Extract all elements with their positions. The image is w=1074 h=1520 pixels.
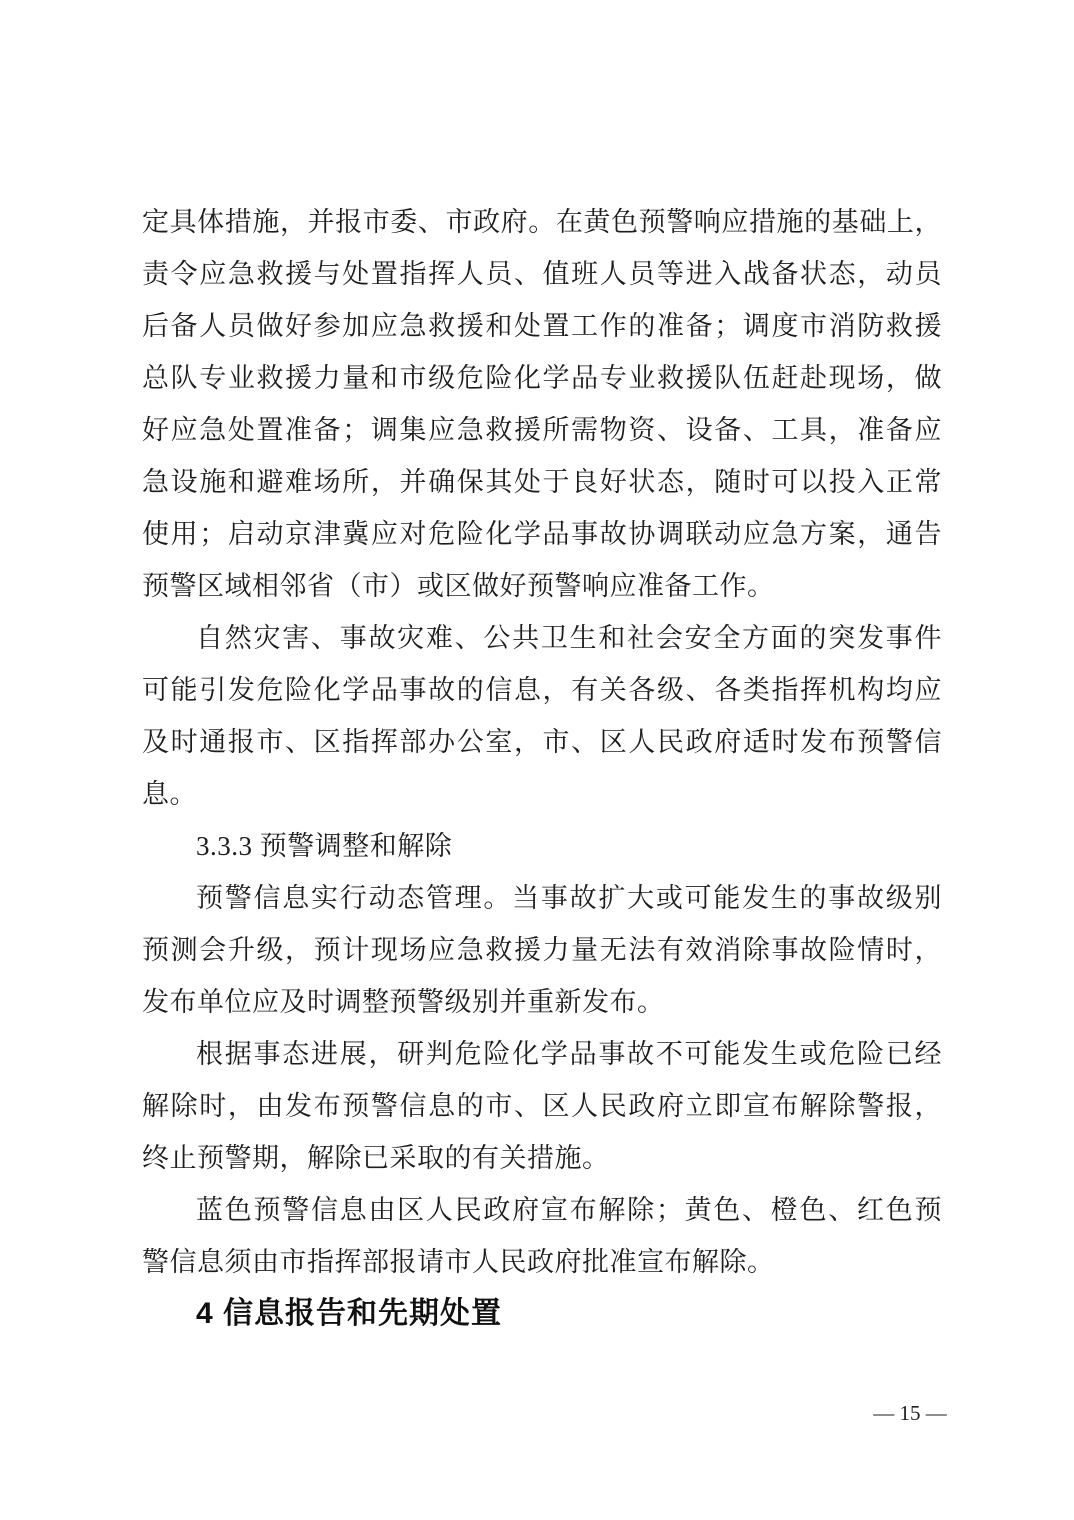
body-line: 预警信息实行动态管理。当事故扩大或可能发生的事故级别 <box>142 872 942 924</box>
body-line: 预测会升级，预计现场应急救援力量无法有效消除事故险情时， <box>142 924 942 976</box>
body-line: 蓝色预警信息由区人民政府宣布解除；黄色、橙色、红色预 <box>142 1184 942 1236</box>
body-line: 解除时，由发布预警信息的市、区人民政府立即宣布解除警报， <box>142 1080 942 1132</box>
paragraph: 自然灾害、事故灾难、公共卫生和社会安全方面的突发事件可能引发危险化学品事故的信息… <box>142 612 942 820</box>
body-line: 可能引发危险化学品事故的信息，有关各级、各类指挥机构均应 <box>142 664 942 716</box>
body-line: 警信息须由市指挥部报请市人民政府批准宣布解除。 <box>142 1236 942 1288</box>
body-line: 终止预警期，解除已采取的有关措施。 <box>142 1132 942 1184</box>
paragraph: 蓝色预警信息由区人民政府宣布解除；黄色、橙色、红色预警信息须由市指挥部报请市人民… <box>142 1184 942 1288</box>
paragraph: 根据事态进展，研判危险化学品事故不可能发生或危险已经解除时，由发布预警信息的市、… <box>142 1028 942 1184</box>
body-line: 自然灾害、事故灾难、公共卫生和社会安全方面的突发事件 <box>142 612 942 664</box>
page-number: — 15 — <box>862 1398 958 1428</box>
body-line: 定具体措施，并报市委、市政府。在黄色预警响应措施的基础上， <box>142 196 942 248</box>
body-line: 急设施和避难场所，并确保其处于良好状态，随时可以投入正常 <box>142 456 942 508</box>
body-line: 及时通报市、区指挥部办公室，市、区人民政府适时发布预警信 <box>142 716 942 768</box>
body-line: 3.3.3 预警调整和解除 <box>142 820 942 872</box>
section-heading: 4 信息报告和先期处置 <box>142 1288 942 1340</box>
body-line: 责令应急救援与处置指挥人员、值班人员等进入战备状态，动员 <box>142 248 942 300</box>
body-line: 好应急处置准备；调集应急救援所需物资、设备、工具，准备应 <box>142 404 942 456</box>
body-line: 后备人员做好参加应急救援和处置工作的准备；调度市消防救援 <box>142 300 942 352</box>
document-page: { "page": { "background": "#ffffff", "te… <box>0 0 1074 1520</box>
body-line: 发布单位应及时调整预警级别并重新发布。 <box>142 976 942 1028</box>
paragraph: 定具体措施，并报市委、市政府。在黄色预警响应措施的基础上，责令应急救援与处置指挥… <box>142 196 942 612</box>
body-line: 息。 <box>142 768 942 820</box>
subsection-heading: 3.3.3 预警调整和解除 <box>142 820 942 872</box>
body-line: 根据事态进展，研判危险化学品事故不可能发生或危险已经 <box>142 1028 942 1080</box>
body-line: 总队专业救援力量和市级危险化学品专业救援队伍赶赴现场，做 <box>142 352 942 404</box>
body-line: 预警区域相邻省（市）或区做好预警响应准备工作。 <box>142 560 942 612</box>
paragraph: 预警信息实行动态管理。当事故扩大或可能发生的事故级别预测会升级，预计现场应急救援… <box>142 872 942 1028</box>
heading-line: 4 信息报告和先期处置 <box>142 1288 942 1340</box>
body-line: 使用；启动京津冀应对危险化学品事故协调联动应急方案，通告 <box>142 508 942 560</box>
document-body: 定具体措施，并报市委、市政府。在黄色预警响应措施的基础上，责令应急救援与处置指挥… <box>142 196 942 1340</box>
